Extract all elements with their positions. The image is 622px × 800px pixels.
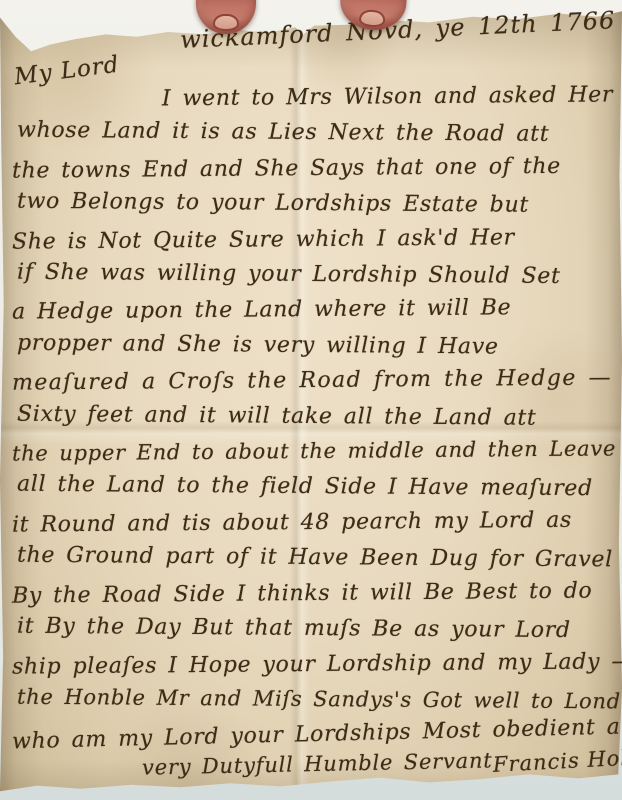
letter-line: propper and She is very willing I Have: [17, 325, 614, 365]
letter-line: the towns End and She Says that one of t…: [12, 148, 614, 189]
letter-line: the upper End to about the middle and th…: [12, 431, 614, 472]
letter-line: whose Land it is as Lies Next the Road a…: [17, 113, 614, 153]
photo-background: wickamford Novd, ye 12th 1766 My Lord I …: [0, 0, 622, 800]
letter-line: I went to Mrs Wilson and asked Her: [12, 77, 614, 118]
letter-line: She is Not Quite Sure which I ask'd Her: [12, 219, 614, 260]
letter-line: Sixty feet and it will take all the Land…: [17, 396, 614, 436]
letter-line: a Hedge upon the Land where it will Be: [12, 290, 614, 331]
fingernail-left: [213, 14, 239, 31]
letter-line: two Belongs to your Lordships Estate but: [17, 184, 614, 224]
letter-body: I went to Mrs Wilson and asked Her whose…: [12, 80, 614, 753]
letter-line: all the Land to the field Side I Have me…: [17, 467, 614, 507]
letter-line: meaſured a Croſs the Road from the Hedge…: [12, 361, 614, 402]
letter-line: it Round and tis about 48 pearch my Lord…: [12, 502, 614, 543]
letter-closing: very Dutyfull Humble Servant: [142, 748, 493, 779]
letter-line: the Ground part of it Have Been Dug for …: [17, 538, 614, 578]
fingernail-right: [359, 9, 386, 28]
letter-line: By the Road Side I thinks it will Be Bes…: [12, 573, 614, 614]
letter-line: if She was willing your Lordship Should …: [17, 255, 614, 295]
letter-line: it By the Day But that muſs Be as your L…: [17, 609, 614, 649]
letter-closing-row: very Dutyfull Humble Servant Francis Hol…: [12, 752, 614, 776]
letter-line: ship pleaſes I Hope your Lordship and my…: [12, 644, 614, 685]
